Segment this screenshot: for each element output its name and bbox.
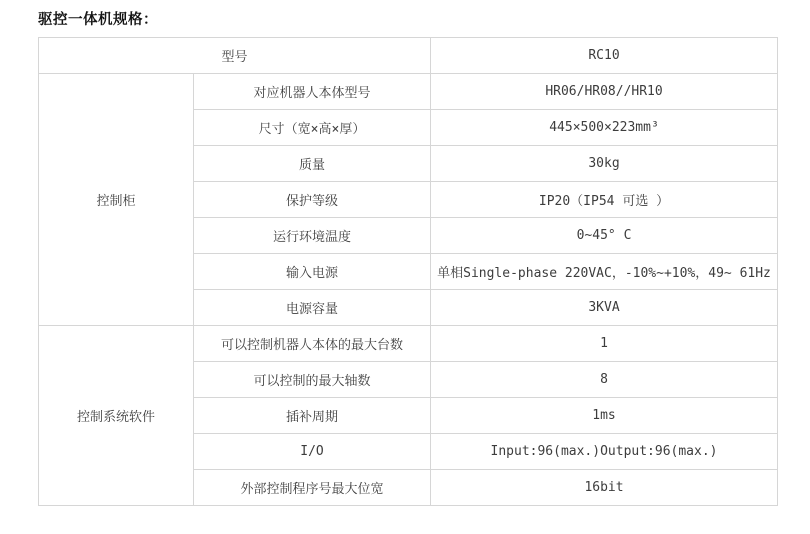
group-cell-control-cabinet: 控制柜 xyxy=(39,74,194,326)
row-value-max-robots: 1 xyxy=(431,326,778,362)
row-value-robot-models: HR06/HR08//HR10 xyxy=(431,74,778,110)
row-value-program-number-width: 16bit xyxy=(431,470,778,506)
page-title: 驱控一体机规格： xyxy=(38,8,810,29)
row-label-protection-rating: 保护等级 xyxy=(194,182,431,218)
row-label-power-capacity: 电源容量 xyxy=(194,290,431,326)
row-value-weight: 30kg xyxy=(431,146,778,182)
row-label-interpolation-cycle: 插补周期 xyxy=(194,398,431,434)
row-label-weight: 质量 xyxy=(194,146,431,182)
row-label-max-axes: 可以控制的最大轴数 xyxy=(194,362,431,398)
row-label-robot-models: 对应机器人本体型号 xyxy=(194,74,431,110)
row-label-program-number-width: 外部控制程序号最大位宽 xyxy=(194,470,431,506)
row-label-dimensions: 尺寸（宽×高×厚） xyxy=(194,110,431,146)
row-value-protection-rating: IP20（IP54 可选 ） xyxy=(431,182,778,218)
model-header-value: RC10 xyxy=(431,38,778,74)
row-value-operating-temperature: 0~45° C xyxy=(431,218,778,254)
row-value-dimensions: 445×500×223mm³ xyxy=(431,110,778,146)
row-value-io: Input:96(max.)Output:96(max.) xyxy=(431,434,778,470)
table-row: 控制系统软件 可以控制机器人本体的最大台数 1 xyxy=(39,326,778,362)
group-cell-control-software: 控制系统软件 xyxy=(39,326,194,506)
row-label-max-robots: 可以控制机器人本体的最大台数 xyxy=(194,326,431,362)
row-value-interpolation-cycle: 1ms xyxy=(431,398,778,434)
row-value-input-power: 单相Single-phase 220VAC，-10%~+10%，49~ 61Hz xyxy=(431,254,778,290)
table-row: 控制柜 对应机器人本体型号 HR06/HR08//HR10 xyxy=(39,74,778,110)
table-row-model: 型号 RC10 xyxy=(39,38,778,74)
row-value-power-capacity: 3KVA xyxy=(431,290,778,326)
row-value-max-axes: 8 xyxy=(431,362,778,398)
row-label-operating-temperature: 运行环境温度 xyxy=(194,218,431,254)
row-label-io: I/O xyxy=(194,434,431,470)
model-header-label: 型号 xyxy=(39,38,431,74)
spec-table: 型号 RC10 控制柜 对应机器人本体型号 HR06/HR08//HR10 尺寸… xyxy=(38,37,778,506)
spec-page: 驱控一体机规格： 型号 RC10 控制柜 对应机器人本体型号 HR06/HR08… xyxy=(0,0,810,506)
row-label-input-power: 输入电源 xyxy=(194,254,431,290)
